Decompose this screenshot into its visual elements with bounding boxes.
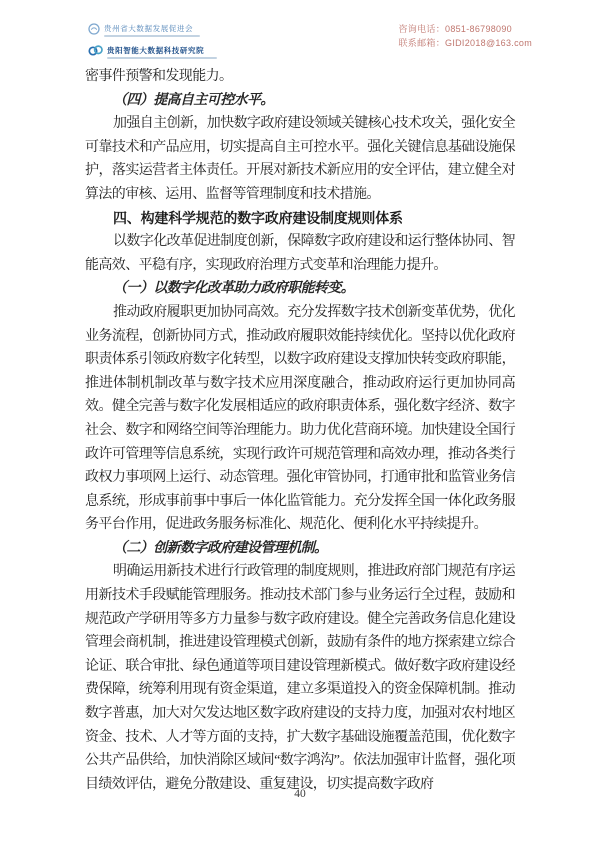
contact-phone-label: 咨询电话： xyxy=(399,24,446,34)
paragraph: 推动政府履职更加协同高效。充分发挥数字技术创新变革优势，优化业务流程，创新协同方… xyxy=(85,301,515,537)
contact-phone-line: 咨询电话：0851-86798090 xyxy=(399,22,533,36)
page-footer: 40 xyxy=(0,784,600,802)
contact-email-line: 联系邮箱：GIDI2018@163.com xyxy=(399,36,533,50)
contact-info: 咨询电话：0851-86798090 联系邮箱：GIDI2018@163.com xyxy=(399,22,533,50)
subheading-kai: （一）以数字化改革助力政府职能转变。 xyxy=(85,277,515,301)
logo-institute: 贵阳智能大数据科技研究院 xyxy=(88,44,217,62)
subheading-kai: （二）创新数字政府建设管理机制。 xyxy=(85,537,515,561)
subheading-kai: （四）提高自主可控水平。 xyxy=(85,89,515,113)
contact-email-address: GIDI2018@163.com xyxy=(445,38,532,48)
paragraph: 密事件预警和发现能力。 xyxy=(85,65,515,89)
association-logo-icon xyxy=(88,22,100,40)
document-page: 贵州省大数据发展促进会 贵阳智能大数据科技研究院 咨询 xyxy=(0,0,600,848)
page-number: 40 xyxy=(294,788,306,800)
association-subtitle-line xyxy=(104,35,200,37)
institute-logo-icon xyxy=(88,44,103,62)
contact-email-label: 联系邮箱： xyxy=(399,38,446,48)
paragraph: 明确运用新技术进行行政管理的制度规则，推进政府部门规范有序运用新技术手段赋能管理… xyxy=(85,560,515,796)
institute-name: 贵阳智能大数据科技研究院 xyxy=(107,47,217,55)
contact-phone-number: 0851-86798090 xyxy=(445,24,512,34)
institute-subtitle-line xyxy=(107,57,217,59)
document-body: 密事件预警和发现能力。（四）提高自主可控水平。加强自主创新，加快数字政府建设领域… xyxy=(85,65,515,796)
logo-association: 贵州省大数据发展促进会 xyxy=(88,22,217,40)
paragraph: 加强自主创新，加快数字政府建设领域关键核心技术攻关，强化安全可靠技术和产品应用，… xyxy=(85,112,515,206)
association-name: 贵州省大数据发展促进会 xyxy=(104,25,200,33)
page-header: 贵州省大数据发展促进会 贵阳智能大数据科技研究院 咨询 xyxy=(88,22,532,62)
heading-bold: 四、构建科学规范的数字政府建设制度规则体系 xyxy=(85,207,515,231)
paragraph: 以数字化改革促进制度创新，保障数字政府建设和运行整体协同、智能高效、平稳有序，实… xyxy=(85,230,515,277)
organization-logos: 贵州省大数据发展促进会 贵阳智能大数据科技研究院 xyxy=(88,22,217,62)
